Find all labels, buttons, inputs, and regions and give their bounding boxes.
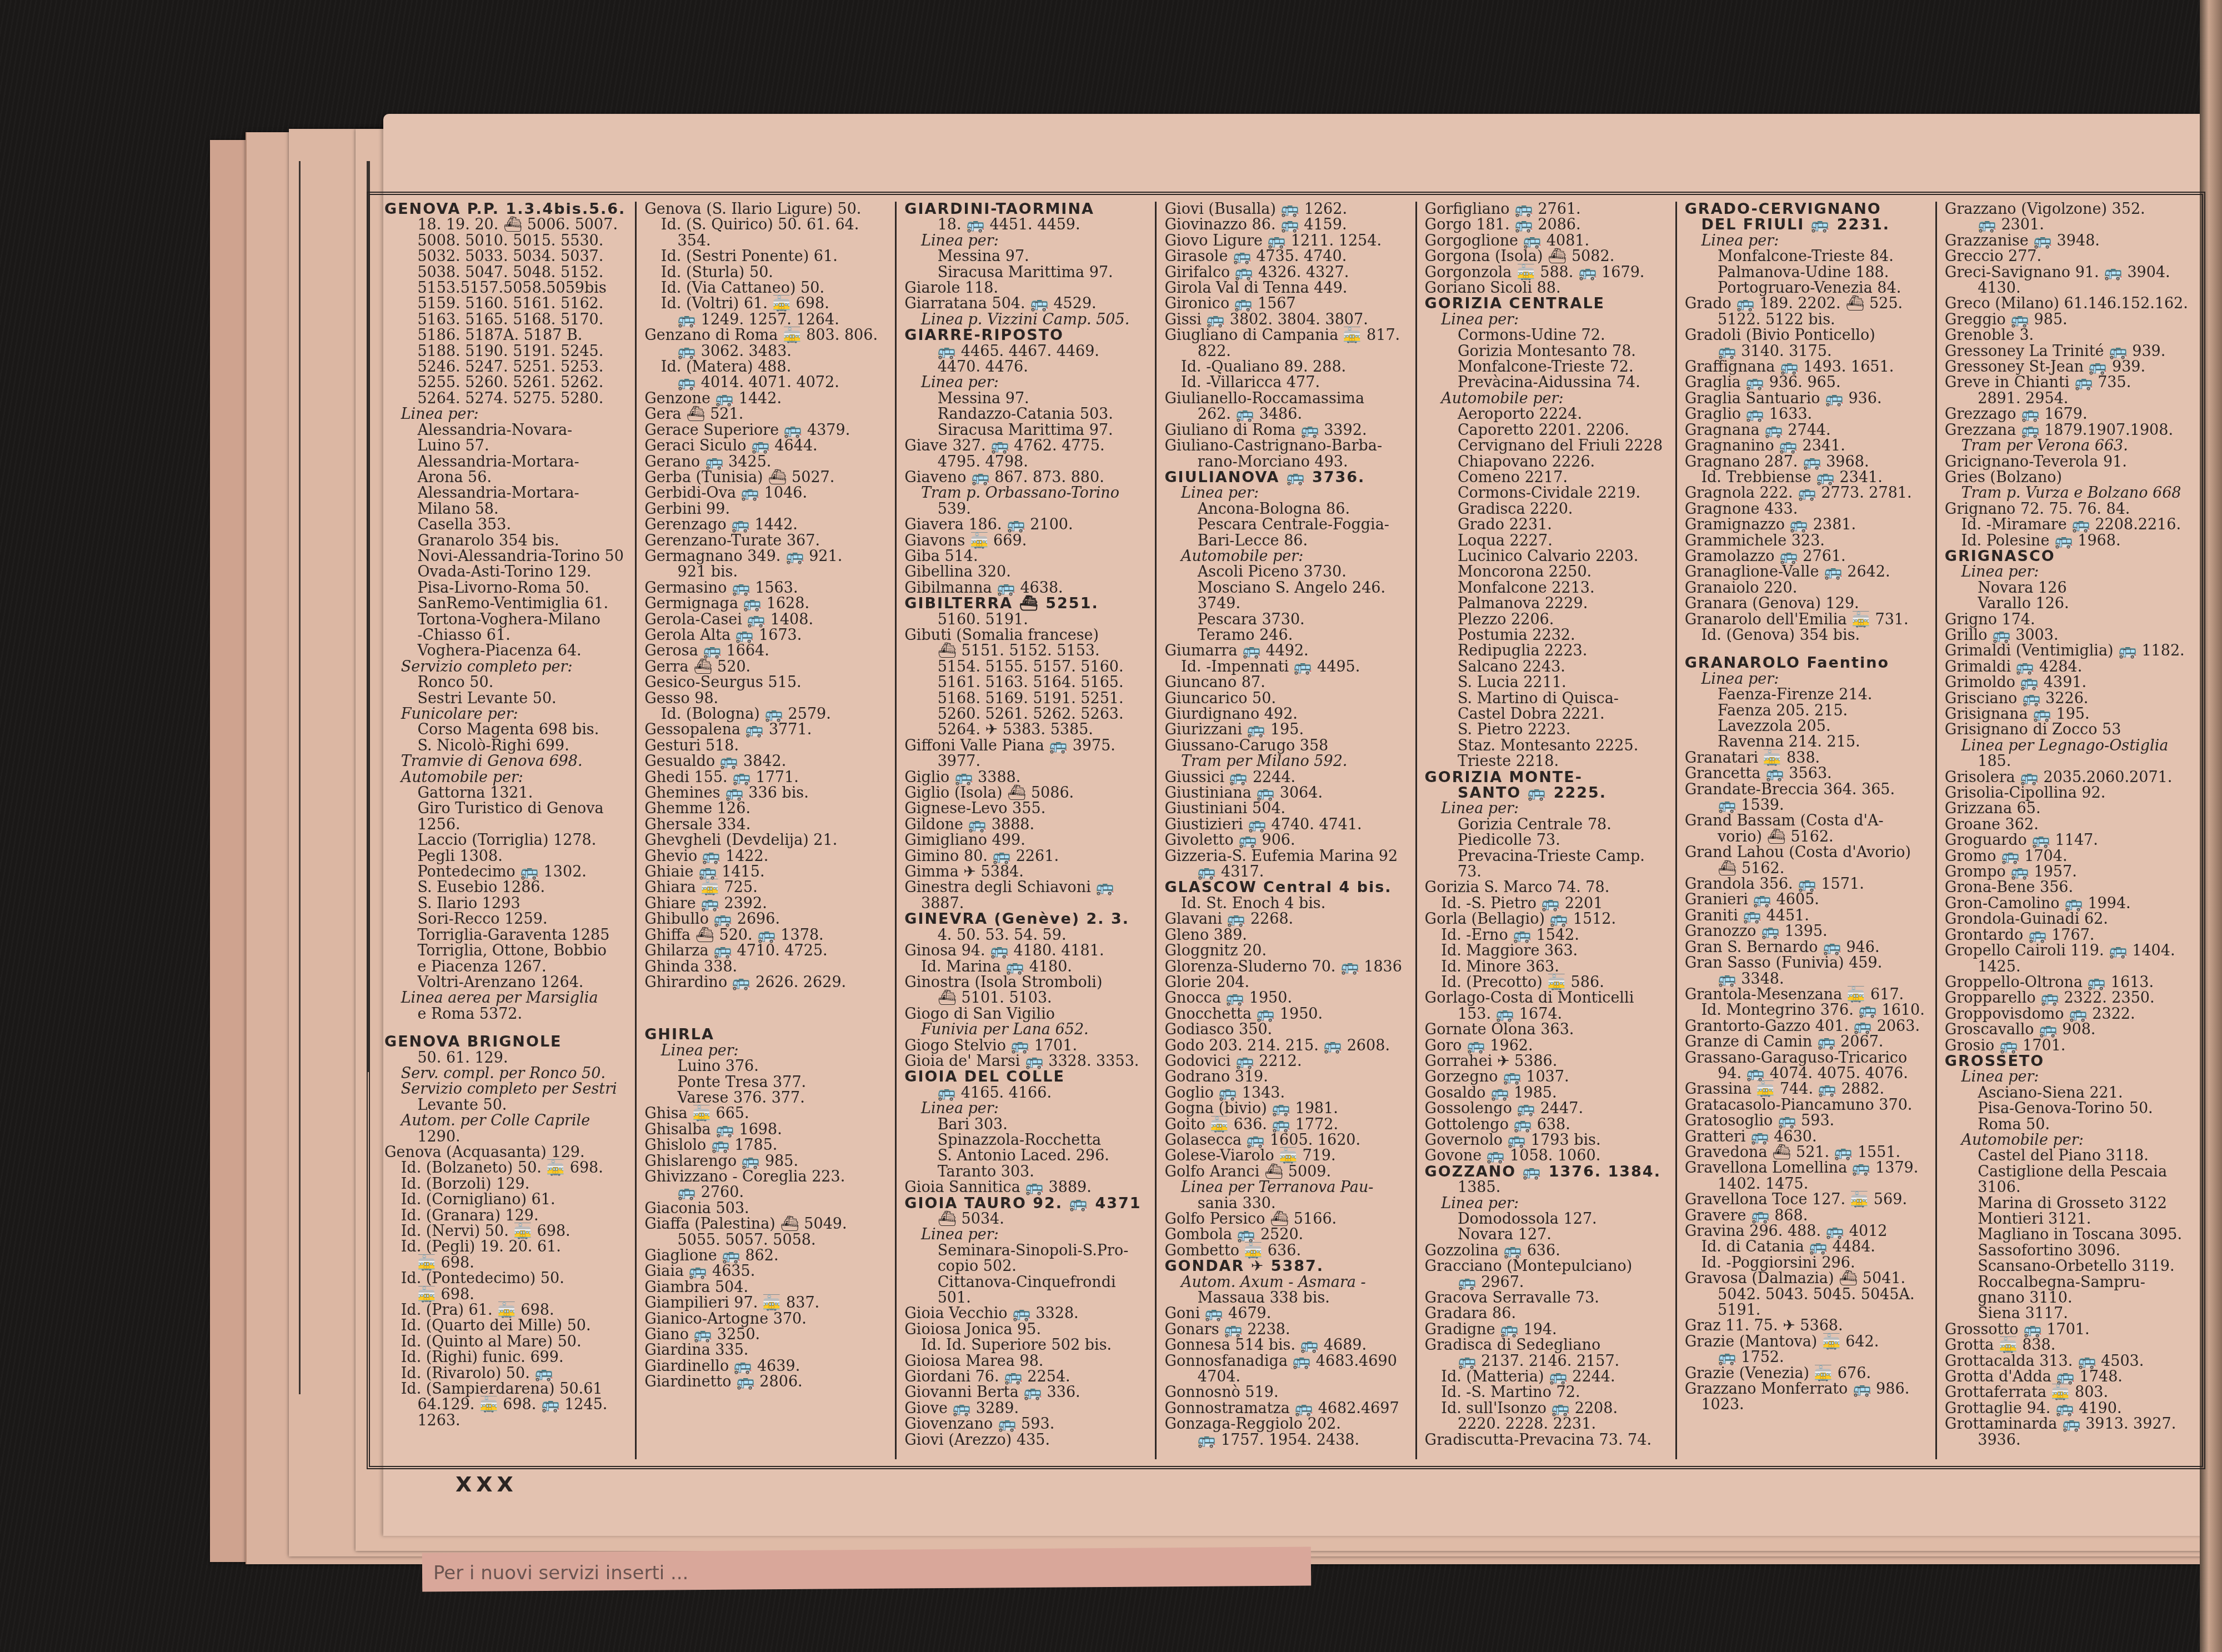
index-entry: 5032. 5033. 5034. 5037. <box>384 249 629 264</box>
index-entry: Gerenzago 🚌 1442. <box>644 517 889 533</box>
index-entry: Grizzana 65. <box>1945 801 2190 817</box>
index-entry: 🚌 2301. <box>1945 217 2190 233</box>
index-entry: Giave 327. 🚌 4762. 4775. <box>904 438 1149 454</box>
index-entry: Tram p. Orbassano-Torino <box>904 485 1149 501</box>
index-entry: Gozzolina 🚌 636. <box>1425 1243 1670 1259</box>
index-entry: Faenza-Firenze 214. <box>1685 687 1930 703</box>
index-entry: Granaglione-Valle 🚌 2642. <box>1685 564 1930 580</box>
index-entry: Ghiaie 🚌 1415. <box>644 864 889 880</box>
index-entry: Ginosa 94. 🚌 4180. 4181. <box>904 943 1149 959</box>
index-entry: Grazzano (Vigolzone) 352. <box>1945 202 2190 217</box>
index-entry: Grand Bassam (Costa d'A- <box>1685 813 1930 829</box>
index-entry: Id. (Sestri Ponente) 61. <box>644 249 889 264</box>
index-entry: 5168. 5169. 5191. 5251. <box>904 691 1149 707</box>
index-entry: Automobile per: <box>1164 549 1409 564</box>
index-entry: Giussici 🚌 2244. <box>1164 770 1409 785</box>
index-entry: 5161. 5163. 5164. 5165. <box>904 675 1149 690</box>
index-entry: Bari 303. <box>904 1117 1149 1133</box>
index-entry: Linea per: <box>1945 1069 2190 1085</box>
index-entry: Grandola 356. 🚌 1571. <box>1685 877 1930 892</box>
index-entry: Redipuglia 2223. <box>1425 643 1670 659</box>
index-entry: Torriglia-Garaventa 1285 <box>384 928 629 943</box>
index-entry: Glorenza-Sluderno 70. 🚌 1836 <box>1164 959 1409 975</box>
index-entry: 5122. 5122 bis. <box>1685 312 1930 328</box>
index-entry: Id. (Via Cattaneo) 50. <box>644 281 889 296</box>
index-entry: Grassina 🚋 744. 🚌 2882. <box>1685 1082 1930 1097</box>
index-entry: Gossolengo 🚌 2447. <box>1425 1101 1670 1117</box>
index-entry: Genova (Acquasanta) 129. <box>384 1145 629 1160</box>
index-entry: Grotta d'Adda 🚌 1748. <box>1945 1369 2190 1385</box>
index-entry: 5264. ✈ 5383. 5385. <box>904 722 1149 738</box>
index-entry: Gradoli (Bivio Ponticello) <box>1685 328 1930 343</box>
index-entry: Gerola-Casei 🚌 1408. <box>644 612 889 628</box>
index-entry: Gerenzano-Turate 367. <box>644 533 889 549</box>
index-entry: Linea per: <box>1685 672 1930 687</box>
index-entry: 🚌 4465. 4467. 4469. <box>904 344 1149 359</box>
index-entry: Ginestra degli Schiavoni 🚌 <box>904 880 1149 895</box>
index-entry: Greccio 277. <box>1945 249 2190 264</box>
index-entry: gnano 3110. <box>1945 1290 2190 1306</box>
index-entry: Giarratana 504. 🚌 4529. <box>904 296 1149 312</box>
index-entry: Gessopalena 🚌 3771. <box>644 722 889 738</box>
index-entry: Monfalcone 2213. <box>1425 580 1670 596</box>
index-entry: Gorla (Bellagio) 🚌 1512. <box>1425 912 1670 927</box>
index-entry: Grezzago 🚌 1679. <box>1945 407 2190 422</box>
index-entry: Funicolare per: <box>384 707 629 722</box>
index-entry: Spinazzola-Rocchetta <box>904 1133 1149 1148</box>
index-entry: Bari-Lecce 86. <box>1164 533 1409 549</box>
index-entry: Godovici 🚌 2212. <box>1164 1054 1409 1069</box>
index-entry: Giove 🚌 3289. <box>904 1401 1149 1416</box>
index-entry: Givoletto 🚌 906. <box>1164 833 1409 848</box>
index-entry: 4130. <box>1945 281 2190 296</box>
index-entry: Gornate Olona 363. <box>1425 1022 1670 1038</box>
index-entry: Giordani 76. 🚌 2254. <box>904 1369 1149 1385</box>
index-entry: 🚌 1249. 1257. 1264. <box>644 312 889 328</box>
index-entry: Ghislarengo 🚌 985. <box>644 1154 889 1169</box>
index-entry: Id. (Matteria) 🚌 2244. <box>1425 1369 1670 1385</box>
index-entry: Gattorna 1321. <box>384 785 629 801</box>
index-entry: Giovi (Busalla) 🚌 1262. <box>1164 202 1409 217</box>
index-entry: Castiglione della Pescaia <box>1945 1164 2190 1180</box>
index-entry: Staz. Montesanto 2225. <box>1425 738 1670 754</box>
index-entry: Novara 126 <box>1945 580 2190 596</box>
index-entry: Plezzo 2206. <box>1425 612 1670 628</box>
index-entry: Gorzegno 🚌 1037. <box>1425 1069 1670 1085</box>
station-heading: GENOVA P.P. 1.3.4bis.5.6. <box>384 202 629 217</box>
index-entry: Giambra 504. <box>644 1280 889 1295</box>
index-entry: Levante 50. <box>384 1098 629 1113</box>
index-entry: Id. -S. Martino 72. <box>1425 1385 1670 1400</box>
station-heading: GROSSETO <box>1945 1054 2190 1069</box>
index-entry: Gracciano (Montepulciano) <box>1425 1259 1670 1274</box>
index-entry: Granze di Camin 🚌 2067. <box>1685 1034 1930 1050</box>
index-entry: Luino 57. <box>384 438 629 454</box>
index-entry: Id. -Impennati 🚌 4495. <box>1164 659 1409 675</box>
index-entry: Groscavallo 🚌 908. <box>1945 1022 2190 1038</box>
index-entry: Gerbidi-Ova 🚌 1046. <box>644 485 889 501</box>
index-entry: Ghilarza 🚌 4710. 4725. <box>644 943 889 959</box>
index-entry: 5153.5157.5058.5059bis <box>384 281 629 296</box>
index-entry: Giustiniani 504. <box>1164 801 1409 817</box>
index-entry: Grazzano Monferrato 🚌 986. <box>1685 1381 1930 1397</box>
index-entry: Greci-Savignano 91. 🚌 3904. <box>1945 265 2190 281</box>
index-entry: Gonars 🚌 2238. <box>1164 1322 1409 1338</box>
index-entry: Id. (Bolzaneto) 50. 🚋 698. <box>384 1160 629 1176</box>
index-entry: 18. 🚌 4451. 4459. <box>904 217 1149 233</box>
index-entry: Ghevgheli (Devdelija) 21. <box>644 833 889 848</box>
index-entry: Genzone 🚌 1442. <box>644 391 889 407</box>
index-entry: Gratteri 🚌 4630. <box>1685 1129 1930 1145</box>
index-entry: Gorfigliano 🚌 2761. <box>1425 202 1670 217</box>
index-entry: Granarolo 354 bis. <box>384 533 629 549</box>
index-entry: Ascoli Piceno 3730. <box>1164 564 1409 580</box>
index-entry: Ghisalba 🚌 1698. <box>644 1122 889 1138</box>
station-heading: GIOIA TAURO 92. 🚌 4371 <box>904 1196 1149 1212</box>
index-entry: 🚌 2137. 2146. 2157. <box>1425 1354 1670 1369</box>
index-entry: Giampilieri 97. 🚋 837. <box>644 1295 889 1311</box>
index-entry: Prevacina-Trieste Camp. <box>1425 849 1670 864</box>
index-entry: Gloggnitz 20. <box>1164 943 1409 959</box>
index-entry: Id. (Bologna) 🚌 2579. <box>644 707 889 722</box>
index-entry: Gonnosnò 519. <box>1164 1385 1409 1400</box>
index-entry: 🚌 4165. 4166. <box>904 1085 1149 1101</box>
index-entry: Grisignano di Zocco 53 <box>1945 722 2190 738</box>
index-entry: ⛴ 5162. <box>1685 861 1930 877</box>
index-entry: Marina di Grosseto 3122 <box>1945 1196 2190 1212</box>
index-entry: Gioiosa Jonica 95. <box>904 1322 1149 1338</box>
index-entry: 5186. 5187A. 5187 B. <box>384 328 629 343</box>
index-entry: Gildone 🚌 3888. <box>904 817 1149 833</box>
index-entry: Gorizia Montesanto 78. <box>1425 344 1670 359</box>
station-heading: GIARDINI-TAORMINA <box>904 202 1149 217</box>
index-entry: S. Lucia 2211. <box>1425 675 1670 690</box>
index-entry: 3106. <box>1945 1180 2190 1195</box>
index-entry: Giuliano di Roma 🚌 3392. <box>1164 423 1409 438</box>
index-entry: Linea aerea per Marsiglia <box>384 990 629 1006</box>
index-entry: Grigno 174. <box>1945 612 2190 628</box>
index-entry: Voltri-Arenzano 1264. <box>384 975 629 990</box>
index-entry: sania 330. <box>1164 1196 1409 1212</box>
index-entry: Linea per: <box>1425 801 1670 817</box>
index-entry: Id. Polesine 🚌 1968. <box>1945 533 2190 549</box>
index-entry: S. Nicolò-Righi 699. <box>384 738 629 754</box>
index-entry: Giglio (Isola) ⛴ 5086. <box>904 785 1149 801</box>
index-entry: Grossotto 🚌 1701. <box>1945 1322 2190 1338</box>
index-entry: Cormons-Udine 72. <box>1425 328 1670 343</box>
index-entry: Id. (Granara) 129. <box>384 1208 629 1224</box>
index-entry: Ghisa 🚋 665. <box>644 1106 889 1122</box>
index-entry: Arona 56. <box>384 470 629 485</box>
index-entry: Varallo 126. <box>1945 596 2190 612</box>
index-entry: Messina 97. <box>904 391 1149 407</box>
index-entry: Chiapovano 2226. <box>1425 454 1670 470</box>
index-entry: Id. Maggiore 363. <box>1425 943 1670 959</box>
index-entry: Gerano 🚌 3425. <box>644 454 889 470</box>
index-entry: Grisolera 🚌 2035.2060.2071. <box>1945 770 2190 785</box>
index-entry: 🚌 3140. 3175. <box>1685 344 1930 359</box>
index-entry: Grassano-Garaguso-Tricarico <box>1685 1050 1930 1066</box>
index-entry: Id. -Miramare 🚌 2208.2216. <box>1945 517 2190 533</box>
station-heading: GORIZIA CENTRALE <box>1425 296 1670 312</box>
index-entry: 501. <box>904 1290 1149 1306</box>
page-rule-line <box>299 161 301 1394</box>
index-entry: Gravellona Lomellina 🚌 1379. <box>1685 1160 1930 1176</box>
index-entry: Gorgo 181. 🚌 2086. <box>1425 217 1670 233</box>
index-entry: Tramvie di Genova 698. <box>384 754 629 769</box>
index-entry: Gron-Camolino 🚌 1994. <box>1945 896 2190 912</box>
index-entry: 5188. 5190. 5191. 5245. <box>384 344 629 359</box>
index-entry: 5260. 5261. 5262. 5263. <box>904 707 1149 722</box>
index-entry: Gravina 296. 488. 🚌 4012 <box>1685 1224 1930 1239</box>
index-entry: 153. 🚌 1674. <box>1425 1007 1670 1022</box>
index-entry: Id. (Sturla) 50. <box>644 265 889 281</box>
station-heading: GORIZIA MONTE- <box>1425 770 1670 785</box>
index-entry: Monfalcone-Trieste 72. <box>1425 359 1670 375</box>
index-entry: Giaffa (Palestina) ⛴ 5049. <box>644 1217 889 1232</box>
index-entry: Tram p. Vurza e Bolzano 668 <box>1945 485 2190 501</box>
index-entry: S. Antonio Laced. 296. <box>904 1148 1149 1164</box>
index-entry: 🚋 698. <box>384 1255 629 1271</box>
index-entry: Id. (Pontedecimo) 50. <box>384 1271 629 1286</box>
index-entry: 3749. <box>1164 596 1409 612</box>
index-entry: Lucinico Calvario 2203. <box>1425 549 1670 564</box>
index-entry: Govone 🚌 1058. 1060. <box>1425 1148 1670 1164</box>
index-entry: Gratosoglio 🚌 593. <box>1685 1113 1930 1129</box>
index-entry: 2220. 2228. 2231. <box>1425 1416 1670 1432</box>
index-entry: Grisolia-Cipollina 92. <box>1945 785 2190 801</box>
index-entry: Giulianello-Roccamassima <box>1164 391 1409 407</box>
index-entry: ⛴ 5151. 5152. 5153. <box>904 643 1149 659</box>
index-entry: Magliano in Toscana 3095. <box>1945 1227 2190 1243</box>
index-entry: Linea p. Vizzini Camp. 505. <box>904 312 1149 328</box>
index-entry: Goglio 🚌 1343. <box>1164 1085 1409 1101</box>
index-entry: Pisa-Livorno-Roma 50. <box>384 580 629 596</box>
index-entry: Grantola-Mesenzana 🚋 617. <box>1685 987 1930 1003</box>
index-entry: Grancetta 🚌 3563. <box>1685 766 1930 782</box>
index-entry: Gradara 86. <box>1425 1306 1670 1321</box>
index-entry: Gibuti (Somalia francese) <box>904 628 1149 643</box>
index-entry: Siena 3117. <box>1945 1306 2190 1321</box>
index-entry: Grazie (Mantova) 🚋 642. <box>1685 1334 1930 1350</box>
index-entry: Cormons-Cividale 2219. <box>1425 485 1670 501</box>
index-entry: Id. -Qualiano 89. 288. <box>1164 359 1409 375</box>
index-entry: 4795. 4798. <box>904 454 1149 470</box>
index-entry: Giuncano 87. <box>1164 675 1409 690</box>
index-entry: 185. <box>1945 754 2190 769</box>
index-entry: Id. Trebbiense 🚌 2341. <box>1685 470 1930 485</box>
index-entry: Giglio 🚌 3388. <box>904 770 1149 785</box>
index-entry: Ghemines 🚌 336 bis. <box>644 785 889 801</box>
index-entry: 354. <box>644 233 889 249</box>
index-entry: Comeno 2217. <box>1425 470 1670 485</box>
index-entry: 5154. 5155. 5157. 5160. <box>904 659 1149 675</box>
index-entry: Greve in Chianti 🚌 735. <box>1945 375 2190 391</box>
index-entry: Grisciano 🚌 3226. <box>1945 691 2190 707</box>
index-entry: Id. di Catania 🚌 4484. <box>1685 1239 1930 1255</box>
index-entry: Id. (Pegli) 19. 20. 61. <box>384 1239 629 1255</box>
station-heading: GLASCOW Central 4 bis. <box>1164 880 1409 895</box>
index-entry: Gragnana 🚌 2744. <box>1685 423 1930 438</box>
index-entry: Grillo 🚌 3003. <box>1945 628 2190 643</box>
index-entry: Loqua 2227. <box>1425 533 1670 549</box>
index-entry: Gradisca di Sedegliano <box>1425 1338 1670 1353</box>
index-entry: Gropello Cairoli 119. 🚌 1404. <box>1945 943 2190 959</box>
station-heading: GINEVRA (Genève) 2. 3. <box>904 912 1149 927</box>
index-entry: Granarolo dell'Emilia 🚋 731. <box>1685 612 1930 628</box>
index-entry: Gorizia Centrale 78. <box>1425 817 1670 833</box>
index-entry: Gerra ⛴ 520. <box>644 659 889 675</box>
index-entry: Grontardo 🚌 1767. <box>1945 928 2190 943</box>
index-entry: Scansano-Orbetello 3119. <box>1945 1259 2190 1274</box>
index-entry: Roccalbegna-Sampru- <box>1945 1275 2190 1290</box>
index-entry: Grosio 🚌 1701. <box>1945 1038 2190 1054</box>
index-entry: Taranto 303. <box>904 1164 1149 1180</box>
index-entry: Id. (Rivarolo) 50. 🚌 <box>384 1366 629 1381</box>
station-heading: GENOVA BRIGNOLE <box>384 1034 629 1050</box>
index-entry: Gravedona ⛴ 521. 🚌 1551. <box>1685 1145 1930 1160</box>
station-heading: GRANAROLO Faentino <box>1685 655 1930 671</box>
index-entry: 5160. 5191. <box>904 612 1149 628</box>
index-entry: Gratacasolo-Piancamuno 370. <box>1685 1098 1930 1113</box>
index-entry: Grottaminarda 🚌 3913. 3927. <box>1945 1416 2190 1432</box>
index-entry: Portogruaro-Venezia 84. <box>1685 281 1930 296</box>
station-heading: DEL FRIULI 🚌 2231. <box>1685 217 1930 233</box>
index-entry: Grimoldo 🚌 4391. <box>1945 675 2190 690</box>
index-entry: rano-Morciano 493. <box>1164 454 1409 470</box>
index-entry: Godo 203. 214. 215. 🚌 2608. <box>1164 1038 1409 1054</box>
index-entry: Monfalcone-Trieste 84. <box>1685 249 1930 264</box>
index-entry: Linea per Legnago-Ostiglia <box>1945 738 2190 754</box>
index-entry: Luino 376. <box>644 1059 889 1074</box>
index-entry: Graglia 🚌 936. 965. <box>1685 375 1930 391</box>
index-entry: Asciano-Siena 221. <box>1945 1085 2190 1101</box>
spacer <box>1685 643 1930 655</box>
index-entry: S. Eusebio 1286. <box>384 880 629 895</box>
index-entry: Giogo di San Vigilio <box>904 1007 1149 1022</box>
index-entry: Giovanni Berta 🚌 336. <box>904 1385 1149 1400</box>
index-entry: Gorgonzola 🚋 588. 🚌 1679. <box>1425 265 1670 281</box>
index-entry: Graffignana 🚌 1493. 1651. <box>1685 359 1930 375</box>
index-entry: Germignaga 🚌 1628. <box>644 596 889 612</box>
index-entry: Ghinda 338. <box>644 959 889 975</box>
index-entry: Id. (Righi) funic. 699. <box>384 1350 629 1365</box>
index-entry: Id. (Nervi) 50. 🚋 698. <box>384 1224 629 1239</box>
index-entry: Piedicolle 73. <box>1425 833 1670 848</box>
index-entry: Giovenzano 🚌 593. <box>904 1416 1149 1432</box>
index-entry: 3887. <box>904 896 1149 912</box>
index-entry: 4. 50. 53. 54. 59. <box>904 928 1149 943</box>
index-entry: Id. (Borzoli) 129. <box>384 1177 629 1192</box>
index-entry: 5264. 5274. 5275. 5280. <box>384 391 629 407</box>
index-entry: Cervignano del Friuli 2228 <box>1425 438 1670 454</box>
index-entry: Giustizieri 🚌 4740. 4741. <box>1164 817 1409 833</box>
index-entry: Governolo 🚌 1793 bis. <box>1425 1133 1670 1148</box>
index-entry: Gressoney La Trinité 🚌 939. <box>1945 344 2190 359</box>
index-entry: Ravenna 214. 215. <box>1685 734 1930 750</box>
index-entry: Giovi (Arezzo) 435. <box>904 1433 1149 1448</box>
index-entry: Caporetto 2201. 2206. <box>1425 423 1670 438</box>
index-entry: Castel Dobra 2221. <box>1425 707 1670 722</box>
index-entry: Gragnano 287. 🚌 3968. <box>1685 454 1930 470</box>
index-entry: Giano 🚌 3250. <box>644 1327 889 1343</box>
index-entry: Lavezzola 205. <box>1685 719 1930 734</box>
index-entry: Giuncarico 50. <box>1164 691 1409 707</box>
index-column-7: Grazzano (Vigolzone) 352.🚌 2301.Grazzani… <box>1937 202 2195 1459</box>
index-entry: SanRemo-Ventimiglia 61. <box>384 596 629 612</box>
index-entry: Id. (Pra) 61. 🚋 698. <box>384 1303 629 1318</box>
index-entry: 3977. <box>904 754 1149 769</box>
index-entry: Id. (Precotto) 🚋 586. <box>1425 975 1670 990</box>
page-number: XXX <box>456 1472 518 1496</box>
index-entry: Gerbini 99. <box>644 502 889 517</box>
index-entry: Linea per: <box>1685 233 1930 249</box>
index-entry: 5163. 5165. 5168. 5170. <box>384 312 629 328</box>
index-entry: 🚌 1752. <box>1685 1350 1930 1365</box>
index-entry: Postumia 2232. <box>1425 628 1670 643</box>
index-entry: Gravere 🚌 868. <box>1685 1208 1930 1224</box>
index-entry: Grotta 🚋 838. <box>1945 1338 2190 1353</box>
station-heading: GRADO-CERVIGNANO <box>1685 202 1930 217</box>
index-entry: Gesico-Seurgus 515. <box>644 675 889 690</box>
index-entry: Ghemme 126. <box>644 801 889 817</box>
index-entry: 1263. <box>384 1413 629 1429</box>
index-entry: 94. 🚌 4074. 4075. 4076. <box>1685 1066 1930 1082</box>
index-entry: Faenza 205. 215. <box>1685 703 1930 719</box>
index-entry: Giardinetto 🚌 2806. <box>644 1374 889 1390</box>
index-entry: Gera ⛴ 521. <box>644 407 889 422</box>
index-entry: vorio) ⛴ 5162. <box>1685 829 1930 845</box>
index-entry: Linea per: <box>1425 312 1670 328</box>
index-entry: Linea per: <box>904 1227 1149 1243</box>
index-entry: Servizio completo per: <box>384 659 629 675</box>
index-entry: 1425. <box>1945 959 2190 975</box>
index-entry: 1256. <box>384 817 629 833</box>
index-entry: Grottaglie 94. 🚌 4190. <box>1945 1401 2190 1416</box>
index-entry: 1385. <box>1425 1180 1670 1195</box>
index-entry: Gioia Vecchio 🚌 3328. <box>904 1306 1149 1321</box>
index-entry: Pisa-Genova-Torino 50. <box>1945 1101 2190 1117</box>
index-entry: Ghibullo 🚌 2696. <box>644 912 889 927</box>
index-entry: Giba 514. <box>904 549 1149 564</box>
index-entry: Girifalco 🚌 4326. 4327. <box>1164 265 1409 281</box>
index-entry: 4470. 4476. <box>904 359 1149 375</box>
index-entry: Roma 50. <box>1945 1117 2190 1133</box>
index-entry: 🚌 2760. <box>644 1185 889 1200</box>
index-entry: Montieri 3121. <box>1945 1212 2190 1227</box>
index-entry: Ghedi 155. 🚌 1771. <box>644 770 889 785</box>
index-entry: Id. Id. Superiore 502 bis. <box>904 1338 1149 1353</box>
index-entry: Teramo 246. <box>1164 628 1409 643</box>
index-entry: 🚌 3062. 3483. <box>644 344 889 359</box>
index-entry: Sestri Levante 50. <box>384 691 629 707</box>
index-entry: Linea per: <box>1425 1196 1670 1212</box>
index-entry: Giumarra 🚌 4492. <box>1164 643 1409 659</box>
index-entry: 4704. <box>1164 1369 1409 1385</box>
index-entry: Giussano-Carugo 358 <box>1164 738 1409 754</box>
index-column-3: GIARDINI-TAORMINA18. 🚌 4451. 4459.Linea … <box>897 202 1157 1459</box>
index-entry: Gignese-Levo 355. <box>904 801 1149 817</box>
index-entry: Giurizzani 🚌 195. <box>1164 722 1409 738</box>
index-entry: Ghirardino 🚌 2626. 2629. <box>644 975 889 990</box>
index-entry: Linea per: <box>1945 564 2190 580</box>
index-entry: Ghislolo 🚌 1785. <box>644 1138 889 1153</box>
index-entry: Gombola 🚌 2520. <box>1164 1227 1409 1243</box>
index-entry: Giovo Ligure 🚌 1211. 1254. <box>1164 233 1409 249</box>
index-entry: Varese 376. 377. <box>644 1090 889 1106</box>
index-entry: Golese-Viarolo 🚋 719. <box>1164 1148 1409 1164</box>
index-entry: 921 bis. <box>644 564 889 580</box>
